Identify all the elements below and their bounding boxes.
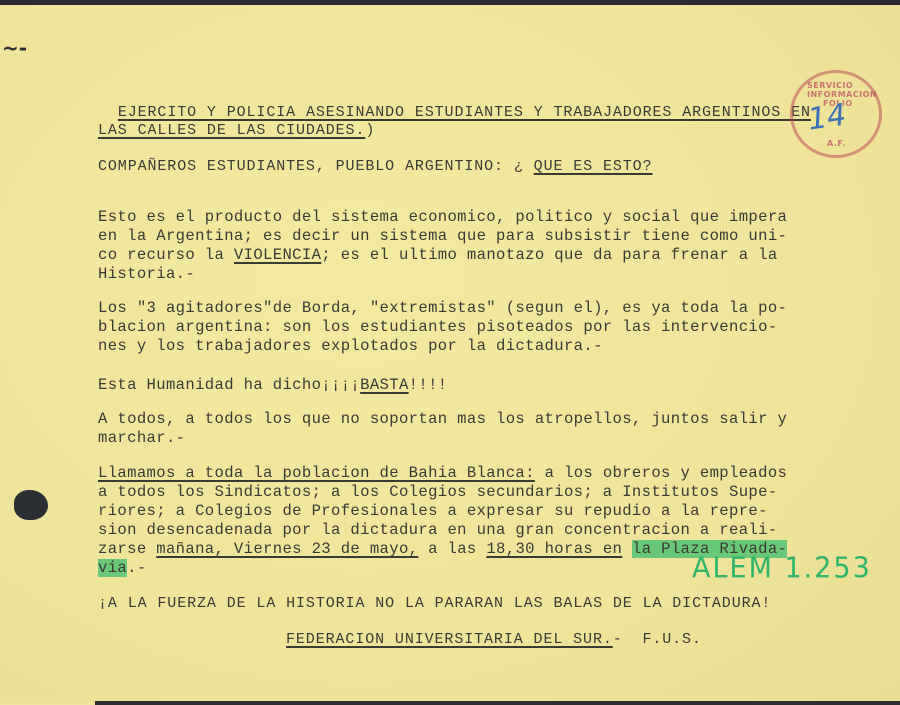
- p5-l5-mid: a las: [418, 540, 486, 558]
- paragraph-5-line-4: sion desencadenada por la dictadura en u…: [98, 521, 778, 540]
- p5-l5-prefix: zarse: [98, 540, 156, 558]
- paragraph-1-line-3: co recurso la VIOLENCIA; es el ultimo ma…: [98, 246, 778, 265]
- title-text-2: LAS CALLES DE LAS CIUDADES.: [98, 122, 365, 139]
- event-date: mañana, Viernes 23 de mayo,: [156, 540, 418, 558]
- margin-ink-mark: ~-: [2, 36, 27, 60]
- paragraph-3: Esta Humanidad ha dicho¡¡¡¡BASTA!!!!: [98, 376, 448, 395]
- title-suffix: ): [365, 122, 375, 139]
- p5-l1-suffix: a los obreros y empleados: [535, 464, 787, 482]
- paragraph-4-line-1: A todos, a todos los que no soportan mas…: [98, 410, 787, 429]
- p1-l3-suffix: ; es el ultimo manotazo que da para fren…: [321, 246, 777, 264]
- signature-name: FEDERACION UNIVERSITARIA DEL SUR.: [286, 631, 613, 648]
- paragraph-5-line-5: zarse mañana, Viernes 23 de mayo, a las …: [98, 540, 787, 559]
- call-to-population: Llamamos a toda la poblacion de Bahia Bl…: [98, 464, 535, 482]
- p1-l3-prefix: co recurso la: [98, 246, 234, 264]
- spacer: [622, 540, 632, 558]
- paragraph-4-line-2: marchar.-: [98, 429, 185, 448]
- folio-number-handwritten: 14: [806, 98, 849, 138]
- paragraph-1-line-2: en la Argentina; es decir un sistema que…: [98, 227, 787, 246]
- violencia-emphasis: VIOLENCIA: [234, 246, 321, 264]
- paragraph-5-line-6: via.-: [98, 559, 147, 578]
- closing-slogan: ¡A LA FUERZA DE LA HISTORIA NO LA PARARA…: [98, 594, 771, 613]
- p5-l6-suffix: .-: [127, 559, 146, 577]
- ink-blot: [14, 490, 48, 520]
- paragraph-1-line-1: Esto es el producto del sistema economic…: [98, 208, 787, 227]
- event-time: 18,30 horas en: [486, 540, 622, 558]
- paragraph-2-line-1: Los "3 agitadores"de Borda, "extremistas…: [98, 299, 787, 318]
- title-text-1: EJERCITO Y POLICIA ASESINANDO ESTUDIANTE…: [118, 104, 811, 121]
- p3-suffix: !!!!: [409, 376, 448, 394]
- paragraph-5-line-3: riores; a Colegios de Profesionales a ex…: [98, 502, 768, 521]
- event-place-end-highlighted: via: [98, 559, 127, 577]
- stamp-top-text: SERVICIO INFORMACION: [807, 81, 879, 99]
- title-line-1: EJERCITO Y POLICIA ASESINANDO ESTUDIANTE…: [98, 84, 811, 122]
- paragraph-5-line-2: a todos los Sindicatos; a los Colegios s…: [98, 483, 778, 502]
- p3-prefix: Esta Humanidad ha dicho¡¡¡¡: [98, 376, 360, 394]
- subtitle: COMPAÑEROS ESTUDIANTES, PUEBLO ARGENTINO…: [98, 157, 653, 176]
- paragraph-2-line-2: blacion argentina: son los estudiantes p…: [98, 318, 778, 337]
- signature-suffix: - F.U.S.: [613, 631, 702, 648]
- signature: FEDERACION UNIVERSITARIA DEL SUR.- F.U.S…: [286, 630, 702, 649]
- handwritten-address-correction: ALEM 1.253: [692, 552, 872, 585]
- subtitle-question: QUE ES ESTO?: [534, 158, 653, 175]
- paragraph-1-line-4: Historia.-: [98, 265, 195, 284]
- paragraph-2-line-3: nes y los trabajadores explotados por la…: [98, 337, 603, 356]
- title-line-2: LAS CALLES DE LAS CIUDADES.): [98, 121, 375, 140]
- scan-bottom-edge: [95, 701, 900, 705]
- stamp-bottom-text: A.F.: [827, 139, 846, 148]
- basta-emphasis: BASTA: [360, 376, 409, 394]
- paragraph-5-line-1: Llamamos a toda la poblacion de Bahia Bl…: [98, 464, 787, 483]
- subtitle-prefix: COMPAÑEROS ESTUDIANTES, PUEBLO ARGENTINO…: [98, 158, 534, 175]
